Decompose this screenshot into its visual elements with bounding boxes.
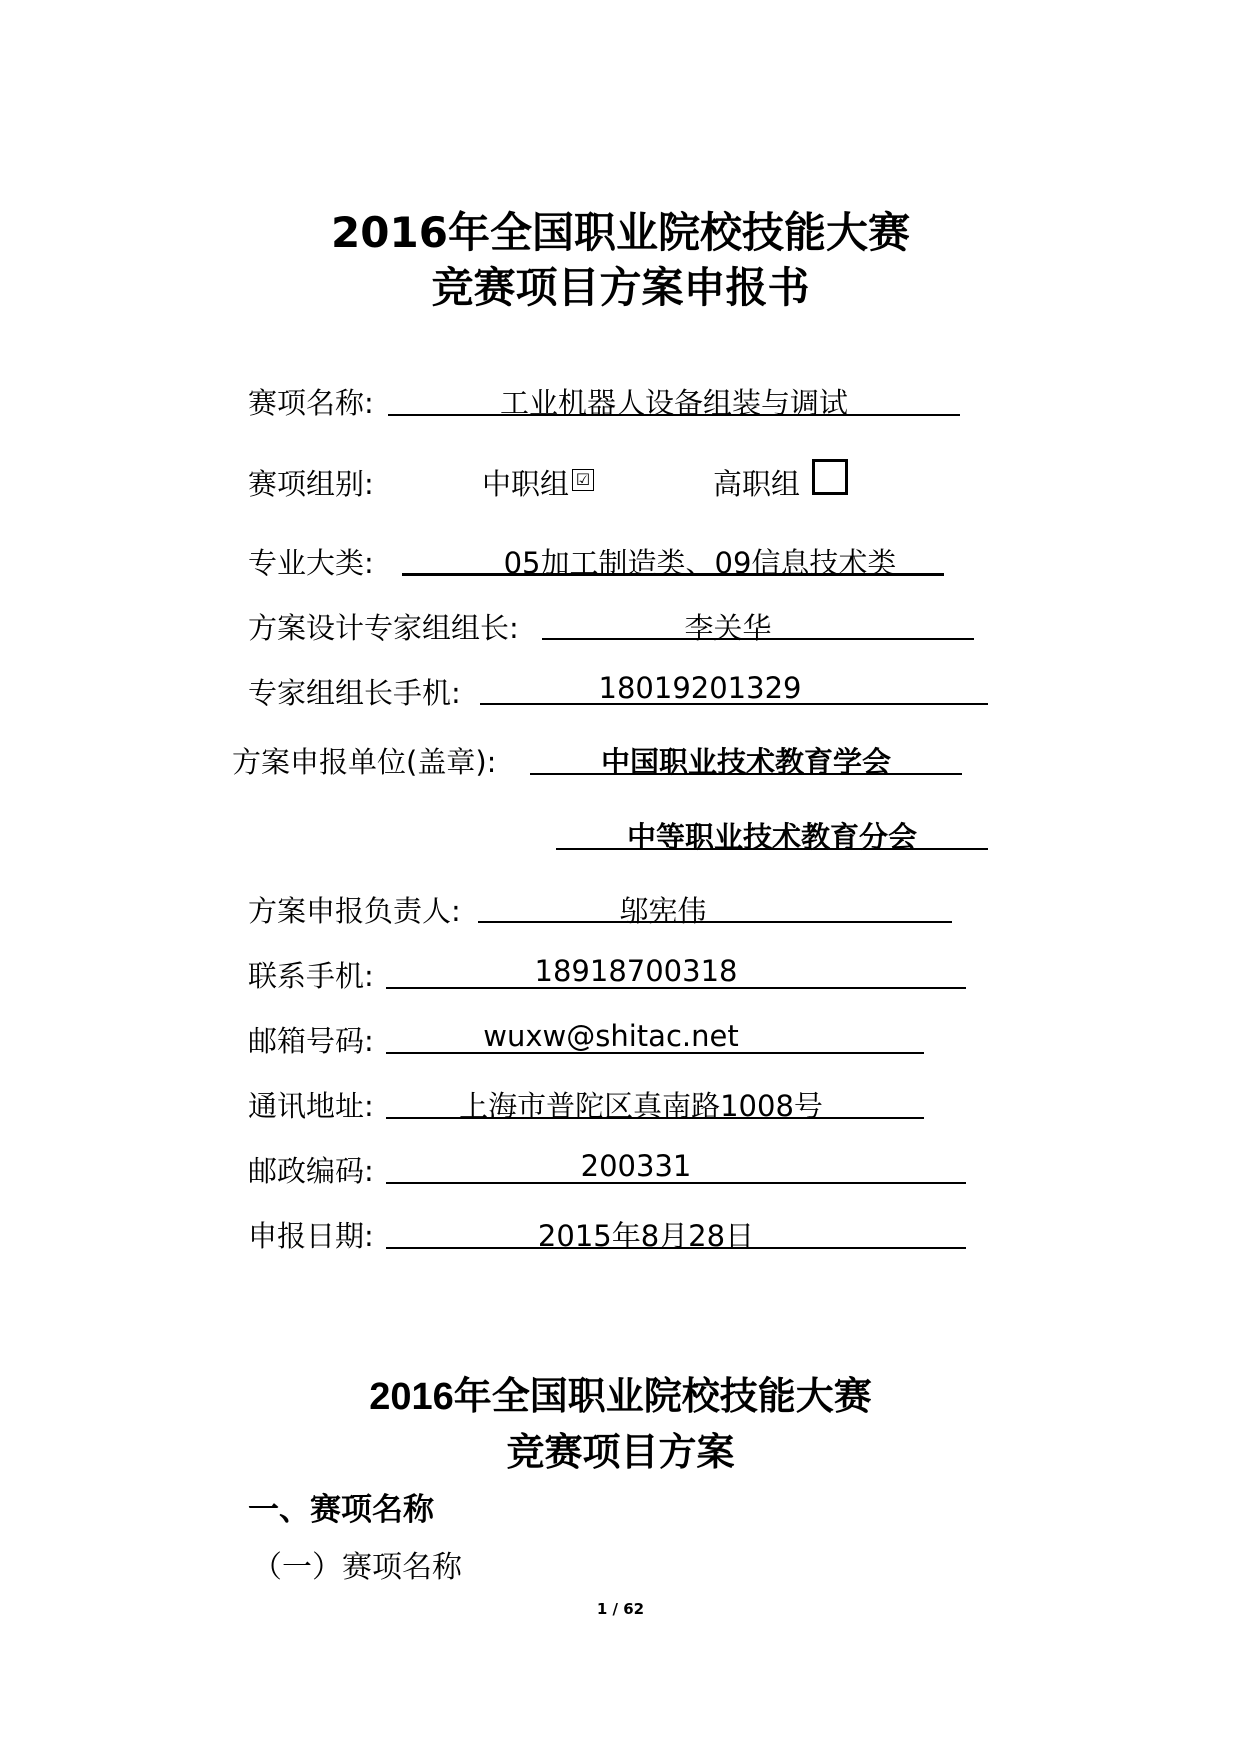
email-label: 邮箱号码: xyxy=(248,1019,374,1060)
contact-phone-value: 18918700318 xyxy=(386,954,886,988)
applicant-unit-value-line2: 中等职业技术教育分会 xyxy=(556,815,988,856)
group-option-secondary-checkbox[interactable]: ☑ xyxy=(572,469,594,491)
date-value: 2015年8月28日 xyxy=(386,1214,906,1255)
section-title-line2: 竞赛项目方案 xyxy=(0,1421,1241,1476)
applicant-unit-label: 方案申报单位(盖章): xyxy=(232,740,496,781)
cover-title-line2: 竞赛项目方案申报书 xyxy=(0,255,1241,315)
postcode-value: 200331 xyxy=(386,1149,886,1183)
expert-leader-value: 李关华 xyxy=(542,606,914,647)
responsible-person-label: 方案申报负责人: xyxy=(248,889,461,930)
group-option-secondary-label: 中职组 xyxy=(482,462,569,503)
responsible-person-value: 邬宪伟 xyxy=(478,889,848,930)
postcode-label: 邮政编码: xyxy=(248,1149,374,1190)
address-label: 通讯地址: xyxy=(248,1084,374,1125)
section-title-line1: 2016年全国职业院校技能大赛 xyxy=(0,1365,1241,1420)
check-icon: ☑ xyxy=(576,470,590,489)
email-value: wuxw@shitac.net xyxy=(386,1019,836,1053)
event-name-value: 工业机器人设备组装与调试 xyxy=(388,381,960,422)
contact-phone-label: 联系手机: xyxy=(248,954,374,995)
applicant-unit-value-line1: 中国职业技术教育学会 xyxy=(530,740,962,781)
section-heading-1: 一、赛项名称 xyxy=(248,1484,434,1529)
event-name-label: 赛项名称: xyxy=(248,381,374,422)
expert-phone-value: 18019201329 xyxy=(480,671,920,705)
date-label: 申报日期: xyxy=(248,1214,374,1255)
address-value: 上海市普陀区真南路1008号 xyxy=(386,1084,896,1125)
cover-title-line1: 2016年全国职业院校技能大赛 xyxy=(0,200,1241,260)
major-category-label: 专业大类: xyxy=(248,541,374,582)
expert-phone-label: 专家组组长手机: xyxy=(248,671,461,712)
major-category-value: 05加工制造类、09信息技术类 xyxy=(430,541,970,582)
event-group-label: 赛项组别: xyxy=(248,462,374,503)
group-option-higher-checkbox[interactable] xyxy=(812,459,848,495)
group-option-higher-label: 高职组 xyxy=(713,462,800,503)
page-number: 1 / 62 xyxy=(0,1600,1241,1618)
expert-leader-label: 方案设计专家组组长: xyxy=(248,606,519,647)
section-heading-2: （一）赛项名称 xyxy=(252,1542,462,1586)
